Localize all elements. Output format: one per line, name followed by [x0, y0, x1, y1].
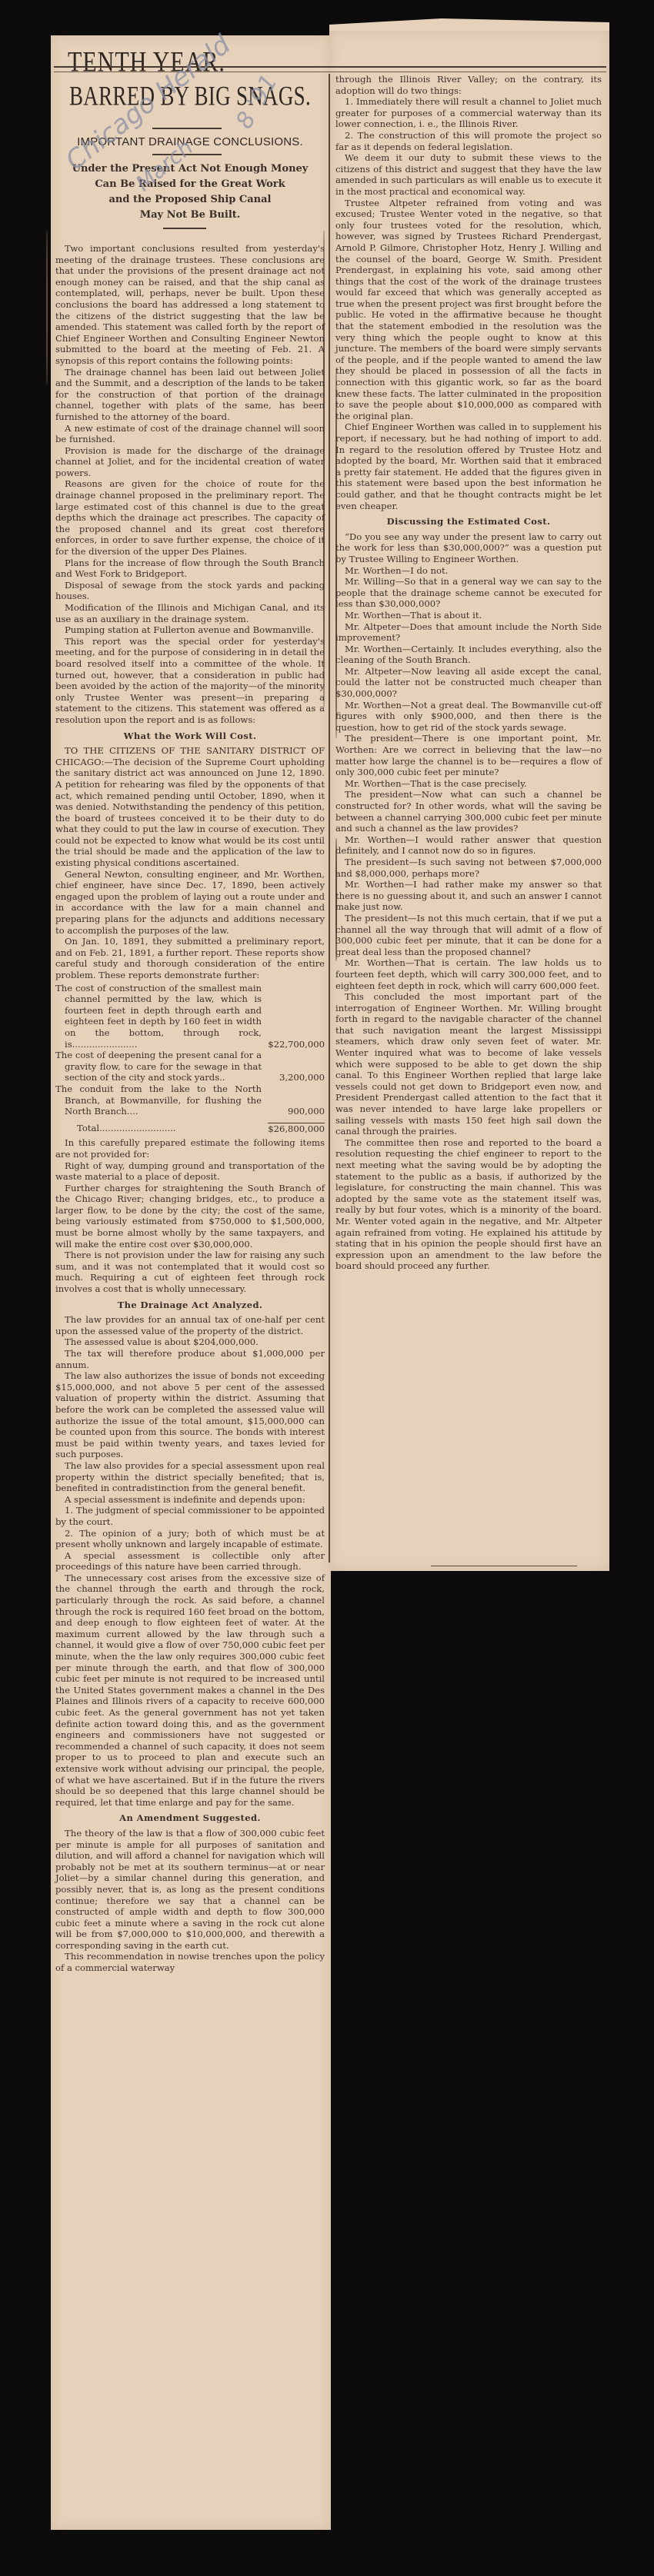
deck-line: May Not Be Built.	[55, 208, 325, 223]
dialogue-paragraph: Mr. Altpeter—Does that amount include th…	[335, 621, 602, 644]
deck: Under the Present Act Not Enough Money C…	[55, 161, 325, 223]
dialogue-paragraph: Mr. Altpeter—Now leaving all aside excep…	[335, 666, 602, 700]
cost-row: The conduit from the lake to the North B…	[55, 1083, 325, 1117]
paragraph: Disposal of sewage from the stock yards …	[55, 580, 325, 602]
left-column: Two important conclusions resulted from …	[55, 243, 325, 1974]
paragraph: The theory of the law is that a flow of …	[55, 1828, 325, 1952]
paragraph: through the Illinois River Valley; on th…	[335, 74, 602, 96]
cost-amount: 900,000	[262, 1106, 325, 1117]
deck-line: Under the Present Act Not Enough Money	[55, 161, 325, 177]
dialogue-paragraph: The president—There is one important poi…	[335, 733, 602, 777]
cost-item: The cost of deepening the present canal …	[55, 1050, 262, 1083]
paragraph: The committee then rose and reported to …	[335, 1137, 602, 1272]
section-heading: Discussing the Estimated Cost.	[335, 516, 602, 528]
cost-total-row: Total........................... $26,800…	[55, 1120, 325, 1135]
cost-row: The cost of construction of the smallest…	[55, 983, 325, 1050]
paragraph: The law also authorizes the issue of bon…	[55, 1370, 325, 1460]
cost-item: The cost of construction of the smallest…	[55, 983, 262, 1050]
section-heading: An Amendment Suggested.	[55, 1812, 325, 1824]
masthead-rule	[54, 66, 606, 72]
paragraph: Further charges for straightening the So…	[55, 1183, 325, 1250]
paragraph: Reasons are given for the choice of rout…	[55, 478, 325, 557]
dialogue-paragraph: Mr. Worthen—That is about it.	[335, 610, 602, 621]
paragraph: Provision is made for the discharge of t…	[55, 445, 325, 479]
paragraph: A special assessment is indefinite and d…	[55, 1494, 325, 1506]
dialogue-paragraph: The president—Is such saving not between…	[335, 857, 602, 879]
cost-row: The cost of deepening the present canal …	[55, 1050, 325, 1083]
right-column: through the Illinois River Valley; on th…	[335, 74, 602, 1272]
paragraph: Chief Engineer Worthen was called in to …	[335, 421, 602, 511]
dialogue-paragraph: The president—Is not this much certain, …	[335, 913, 602, 957]
paragraph: Right of way, dumping ground and transpo…	[55, 1160, 325, 1183]
deck-line: and the Proposed Ship Canal	[55, 192, 325, 208]
deck-divider	[163, 228, 206, 229]
section-heading: What the Work Will Cost.	[55, 731, 325, 742]
paragraph: The law also provides for a special asse…	[55, 1460, 325, 1494]
paragraph: A special assessment is collectible only…	[55, 1550, 325, 1573]
paragraph: Trustee Altpeter refrained from voting a…	[335, 198, 602, 422]
dialogue-paragraph: Mr. Worthen—I had rather make my answer …	[335, 879, 602, 913]
margin-bracket-mark	[46, 231, 48, 384]
paragraph: In this carefully prepared estimate the …	[55, 1137, 325, 1160]
paragraph: On Jan. 10, 1891, they submitted a preli…	[55, 936, 325, 980]
paragraph: 2. The opinion of a jury; both of which …	[55, 1528, 325, 1550]
cost-item: The conduit from the lake to the North B…	[55, 1083, 262, 1117]
dialogue-paragraph: Mr. Worthen—That is the case precisely.	[335, 778, 602, 790]
dialogue-paragraph: Mr. Worthen—Not a great deal. The Bowman…	[335, 700, 602, 734]
paragraph: We deem it our duty to submit these view…	[335, 152, 602, 197]
paragraph: 1. Immediately there will result a chann…	[335, 96, 602, 130]
cost-amount: 3,200,000	[262, 1072, 325, 1083]
dialogue-paragraph: Mr. Worthen—I do not.	[335, 565, 602, 577]
paragraph: General Newton, consulting engineer, and…	[55, 869, 325, 937]
cost-total-amount: $26,800,000	[268, 1123, 325, 1135]
paragraph: Modification of the Illinois and Michiga…	[55, 602, 325, 624]
dialogue-paragraph: Mr. Worthen—I would rather answer that q…	[335, 834, 602, 857]
paragraph: There is not provision under the law for…	[55, 1250, 325, 1294]
column-rule	[329, 74, 330, 1563]
dialogue-paragraph: “Do you see any way under the present la…	[335, 531, 602, 565]
deck-line: Can Be Raised for the Great Work	[55, 177, 325, 192]
paragraph: TO THE CITIZENS OF THE SANITARY DISTRICT…	[55, 745, 325, 869]
paragraph: The tax will therefore produce about $1,…	[55, 1348, 325, 1370]
article-end-rule	[431, 1566, 577, 1566]
dialogue-paragraph: Mr. Worthen—That is certain. The law hol…	[335, 957, 602, 991]
paragraph: This recommendation in nowise trenches u…	[55, 1951, 325, 1973]
paragraph: 2. The construction of this will promote…	[335, 130, 602, 152]
paragraph: Pumping station at Fullerton avenue and …	[55, 624, 325, 636]
paragraph: Two important conclusions resulted from …	[55, 243, 325, 367]
headline-divider	[152, 128, 222, 129]
paragraph: This report was the special order for ye…	[55, 636, 325, 726]
paragraph: This concluded the most important part o…	[335, 991, 602, 1137]
cost-total-label: Total...........................	[55, 1123, 268, 1135]
section-heading: The Drainage Act Analyzed.	[55, 1300, 325, 1311]
cost-amount: $22,700,000	[262, 1039, 325, 1050]
dialogue-paragraph: Mr. Worthen—Certainly. It includes every…	[335, 644, 602, 666]
paragraph: A new estimate of cost of the drainage c…	[55, 423, 325, 445]
paragraph: The assessed value is about $204,000,000…	[55, 1336, 325, 1348]
paragraph: The unnecessary cost arises from the exc…	[55, 1573, 325, 1808]
paragraph: The law provides for an annual tax of on…	[55, 1314, 325, 1336]
paragraph: Plans for the increase of flow through t…	[55, 557, 325, 580]
paragraph: The drainage channel has been laid out b…	[55, 367, 325, 423]
paragraph: 1. The judgment of special commissioner …	[55, 1505, 325, 1527]
cost-estimate-table: The cost of construction of the smallest…	[55, 983, 325, 1135]
dialogue-paragraph: Mr. Willing—So that in a general way we …	[335, 576, 602, 610]
dialogue-paragraph: The president—Now what can such a channe…	[335, 789, 602, 834]
